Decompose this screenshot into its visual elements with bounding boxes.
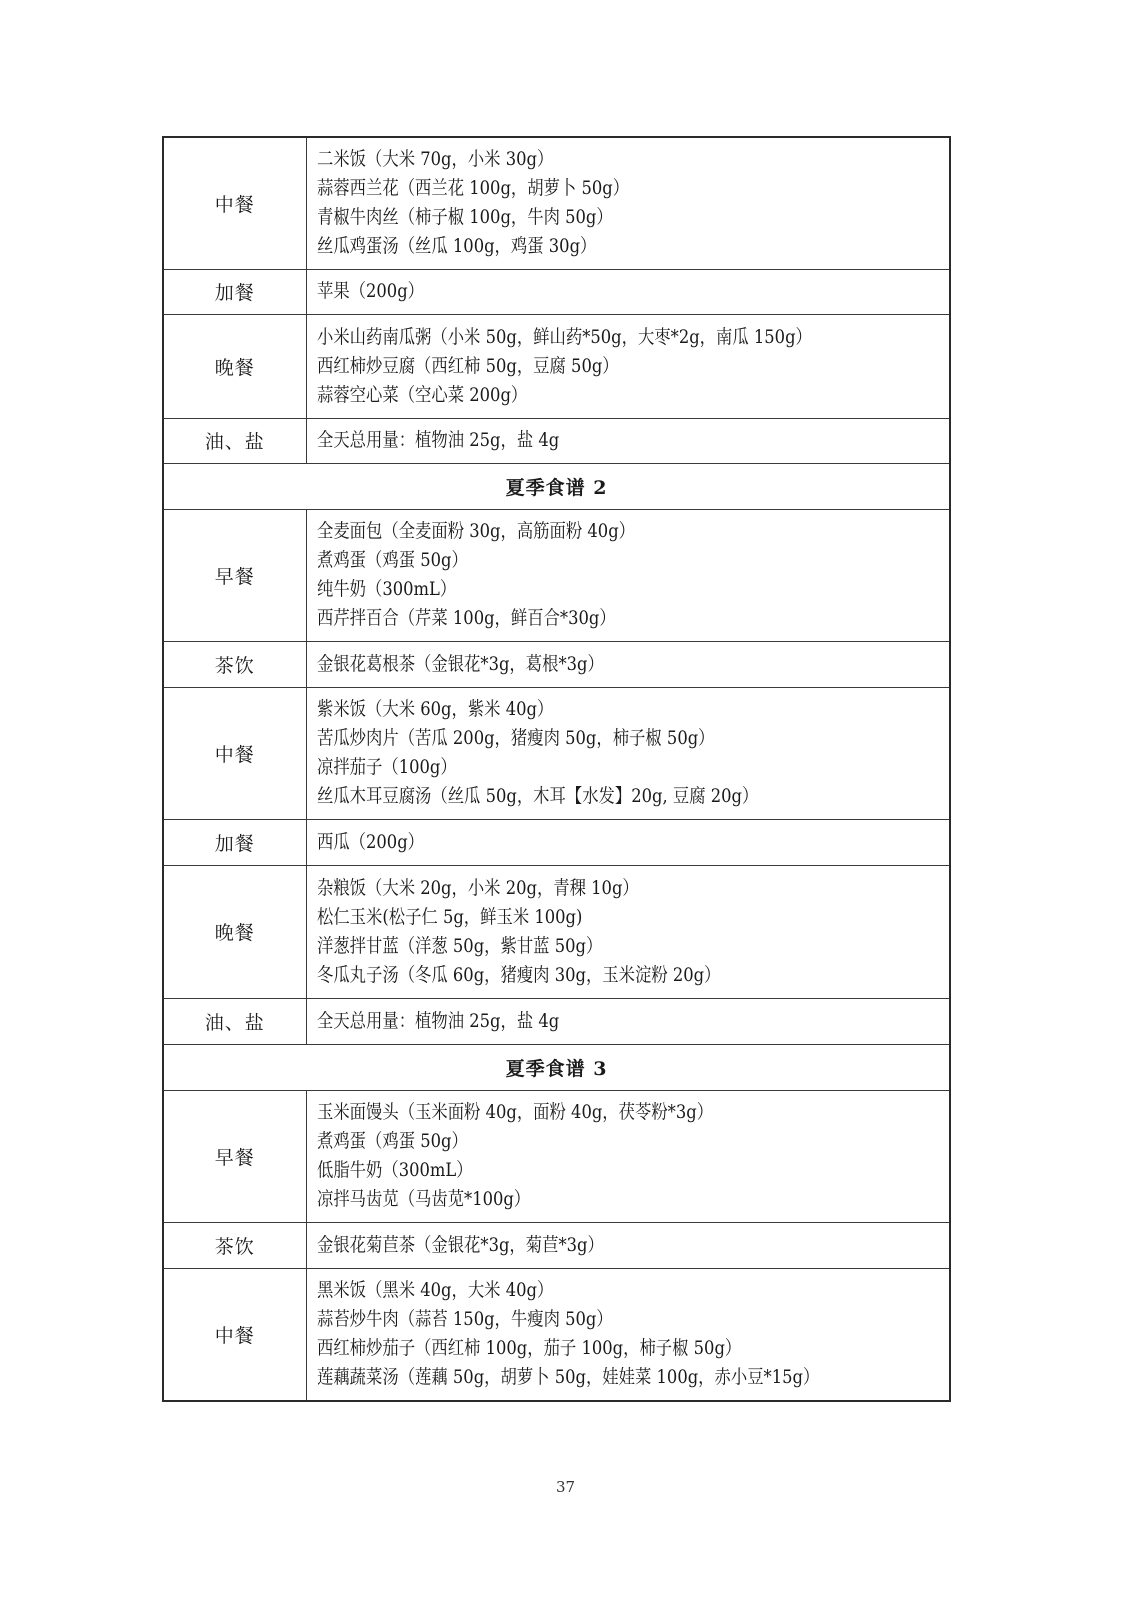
meal-row: 晚餐杂粮饭（大米 20g，小米 20g，青稞 10g）松仁玉米(松子仁 5g，鲜… [163, 865, 950, 998]
meal-row: 中餐黑米饭（黑米 40g，大米 40g）蒜苔炒牛肉（蒜苔 150g，牛瘦肉 50… [163, 1268, 950, 1401]
meal-items: 西瓜（200g） [306, 819, 950, 865]
dish-line: 纯牛奶（300mL） [317, 575, 861, 604]
dish-line: 莲藕蔬菜汤（莲藕 50g，胡萝卜 50g，娃娃菜 100g，赤小豆*15g） [317, 1363, 861, 1392]
meal-row: 加餐西瓜（200g） [163, 819, 950, 865]
meal-items: 二米饭（大米 70g，小米 30g）蒜蓉西兰花（西兰花 100g，胡萝卜 50g… [306, 137, 950, 269]
dish-line: 西红柿炒豆腐（西红柿 50g，豆腐 50g） [317, 352, 861, 381]
meal-label: 中餐 [163, 687, 306, 819]
meal-row: 油、盐全天总用量：植物油 25g，盐 4g [163, 998, 950, 1044]
dish-line: 煮鸡蛋（鸡蛋 50g） [317, 1127, 861, 1156]
dish-line: 蒜蓉西兰花（西兰花 100g，胡萝卜 50g） [317, 174, 861, 203]
dish-line: 杂粮饭（大米 20g，小米 20g，青稞 10g） [317, 874, 861, 903]
meal-items: 全天总用量：植物油 25g，盐 4g [306, 998, 950, 1044]
dish-line: 黑米饭（黑米 40g，大米 40g） [317, 1276, 861, 1305]
document-page: 中餐二米饭（大米 70g，小米 30g）蒜蓉西兰花（西兰花 100g，胡萝卜 5… [0, 0, 1131, 1600]
recipe-table: 中餐二米饭（大米 70g，小米 30g）蒜蓉西兰花（西兰花 100g，胡萝卜 5… [162, 136, 951, 1402]
meal-label: 加餐 [163, 819, 306, 865]
meal-label: 晚餐 [163, 865, 306, 998]
dish-line: 洋葱拌甘蓝（洋葱 50g，紫甘蓝 50g） [317, 932, 861, 961]
dish-line: 蒜蓉空心菜（空心菜 200g） [317, 381, 861, 410]
meal-row: 中餐紫米饭（大米 60g，紫米 40g）苦瓜炒肉片（苦瓜 200g，猪瘦肉 50… [163, 687, 950, 819]
meal-label: 晚餐 [163, 314, 306, 418]
dish-line: 西瓜（200g） [317, 828, 861, 857]
recipe-table-body: 中餐二米饭（大米 70g，小米 30g）蒜蓉西兰花（西兰花 100g，胡萝卜 5… [163, 137, 950, 1401]
dish-line: 全天总用量：植物油 25g，盐 4g [317, 1007, 861, 1036]
meal-label: 早餐 [163, 509, 306, 641]
meal-label: 茶饮 [163, 1222, 306, 1268]
meal-items: 杂粮饭（大米 20g，小米 20g，青稞 10g）松仁玉米(松子仁 5g，鲜玉米… [306, 865, 950, 998]
meal-row: 茶饮金银花菊苣茶（金银花*3g，菊苣*3g） [163, 1222, 950, 1268]
dish-line: 紫米饭（大米 60g，紫米 40g） [317, 695, 861, 724]
dish-line: 青椒牛肉丝（柿子椒 100g，牛肉 50g） [317, 203, 861, 232]
meal-label: 中餐 [163, 137, 306, 269]
section-header-row: 夏季食谱 3 [163, 1044, 950, 1090]
meal-row: 早餐玉米面馒头（玉米面粉 40g，面粉 40g，茯苓粉*3g）煮鸡蛋（鸡蛋 50… [163, 1090, 950, 1222]
dish-line: 西芹拌百合（芹菜 100g，鲜百合*30g） [317, 604, 861, 633]
dish-line: 全麦面包（全麦面粉 30g，高筋面粉 40g） [317, 517, 861, 546]
dish-line: 小米山药南瓜粥（小米 50g，鲜山药*50g，大枣*2g，南瓜 150g） [317, 323, 861, 352]
meal-items: 全麦面包（全麦面粉 30g，高筋面粉 40g）煮鸡蛋（鸡蛋 50g）纯牛奶（30… [306, 509, 950, 641]
meal-label: 油、盐 [163, 418, 306, 463]
meal-row: 早餐全麦面包（全麦面粉 30g，高筋面粉 40g）煮鸡蛋（鸡蛋 50g）纯牛奶（… [163, 509, 950, 641]
page-number: 37 [0, 1478, 1131, 1496]
dish-line: 冬瓜丸子汤（冬瓜 60g，猪瘦肉 30g，玉米淀粉 20g） [317, 961, 861, 990]
meal-items: 苹果（200g） [306, 269, 950, 314]
meal-items: 金银花菊苣茶（金银花*3g，菊苣*3g） [306, 1222, 950, 1268]
dish-line: 全天总用量：植物油 25g，盐 4g [317, 426, 861, 455]
meal-row: 加餐苹果（200g） [163, 269, 950, 314]
meal-row: 中餐二米饭（大米 70g，小米 30g）蒜蓉西兰花（西兰花 100g，胡萝卜 5… [163, 137, 950, 269]
dish-line: 蒜苔炒牛肉（蒜苔 150g，牛瘦肉 50g） [317, 1305, 861, 1334]
meal-label: 中餐 [163, 1268, 306, 1401]
meal-row: 茶饮金银花葛根茶（金银花*3g，葛根*3g） [163, 641, 950, 687]
meal-items: 紫米饭（大米 60g，紫米 40g）苦瓜炒肉片（苦瓜 200g，猪瘦肉 50g，… [306, 687, 950, 819]
meal-label: 早餐 [163, 1090, 306, 1222]
meal-row: 油、盐全天总用量：植物油 25g，盐 4g [163, 418, 950, 463]
dish-line: 西红柿炒茄子（西红柿 100g，茄子 100g，柿子椒 50g） [317, 1334, 861, 1363]
dish-line: 金银花葛根茶（金银花*3g，葛根*3g） [317, 650, 861, 679]
meal-label: 加餐 [163, 269, 306, 314]
section-header-row: 夏季食谱 2 [163, 463, 950, 509]
dish-line: 丝瓜木耳豆腐汤（丝瓜 50g，木耳【水发】20g, 豆腐 20g） [317, 782, 861, 811]
section-title: 夏季食谱 3 [163, 1044, 950, 1090]
meal-items: 黑米饭（黑米 40g，大米 40g）蒜苔炒牛肉（蒜苔 150g，牛瘦肉 50g）… [306, 1268, 950, 1401]
dish-line: 苦瓜炒肉片（苦瓜 200g，猪瘦肉 50g，柿子椒 50g） [317, 724, 861, 753]
dish-line: 低脂牛奶（300mL） [317, 1156, 861, 1185]
section-title: 夏季食谱 2 [163, 463, 950, 509]
meal-items: 全天总用量：植物油 25g，盐 4g [306, 418, 950, 463]
dish-line: 凉拌马齿苋（马齿苋*100g） [317, 1185, 861, 1214]
dish-line: 丝瓜鸡蛋汤（丝瓜 100g，鸡蛋 30g） [317, 232, 861, 261]
dish-line: 玉米面馒头（玉米面粉 40g，面粉 40g，茯苓粉*3g） [317, 1098, 861, 1127]
meal-label: 油、盐 [163, 998, 306, 1044]
dish-line: 松仁玉米(松子仁 5g，鲜玉米 100g) [317, 903, 861, 932]
dish-line: 二米饭（大米 70g，小米 30g） [317, 145, 861, 174]
meal-row: 晚餐小米山药南瓜粥（小米 50g，鲜山药*50g，大枣*2g，南瓜 150g）西… [163, 314, 950, 418]
meal-items: 玉米面馒头（玉米面粉 40g，面粉 40g，茯苓粉*3g）煮鸡蛋（鸡蛋 50g）… [306, 1090, 950, 1222]
meal-items: 小米山药南瓜粥（小米 50g，鲜山药*50g，大枣*2g，南瓜 150g）西红柿… [306, 314, 950, 418]
dish-line: 煮鸡蛋（鸡蛋 50g） [317, 546, 861, 575]
meal-items: 金银花葛根茶（金银花*3g，葛根*3g） [306, 641, 950, 687]
meal-label: 茶饮 [163, 641, 306, 687]
dish-line: 金银花菊苣茶（金银花*3g，菊苣*3g） [317, 1231, 861, 1260]
dish-line: 苹果（200g） [317, 277, 861, 306]
dish-line: 凉拌茄子（100g） [317, 753, 861, 782]
